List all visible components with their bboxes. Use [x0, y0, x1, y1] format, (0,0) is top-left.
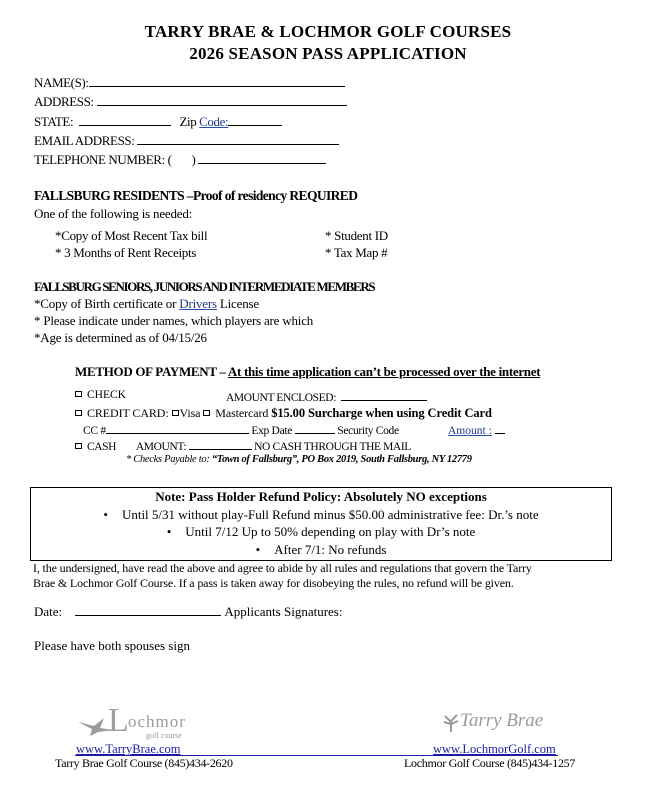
security-code-label: Security Code — [337, 425, 399, 437]
lochmor-logo: L ochmor golf course — [74, 706, 204, 742]
document-title-line1: TARRY BRAE & LOCHMOR GOLF COURSES — [0, 22, 656, 42]
credit-card-checkbox[interactable] — [75, 410, 82, 416]
amount-link: Amount : — [448, 425, 492, 437]
tarrybrae-contact: Tarry Brae Golf Course (845)434-2620 — [55, 756, 233, 771]
exp-date-label: Exp Date — [251, 425, 292, 437]
payment-heading: METHOD OF PAYMENT – At this time applica… — [75, 364, 540, 380]
tarrybrae-website-link[interactable]: www.TarryBrae.com — [76, 742, 181, 757]
lochmor-logo-initial: L — [108, 702, 129, 740]
lochmor-contact: Lochmor Golf Course (845)434-1257 — [404, 756, 575, 771]
address-label: ADDRESS: — [34, 94, 94, 109]
lochmor-logo-text: ochmor — [128, 712, 186, 732]
seniors-line-indicate: * Please indicate under names, which pla… — [34, 313, 313, 329]
seniors-heading: FALLSBURG SENIORS, JUNIORS AND INTERMEDI… — [34, 279, 374, 295]
payment-heading-label: METHOD OF PAYMENT – — [75, 364, 228, 379]
refund-policy-box: Note: Pass Holder Refund Policy: Absolut… — [30, 487, 612, 561]
residents-item-tax-bill: *Copy of Most Recent Tax bill — [55, 228, 207, 244]
email-field-row: EMAIL ADDRESS: — [34, 133, 339, 149]
document-title-line2: 2026 SEASON PASS APPLICATION — [0, 44, 656, 64]
phone-field-row: TELEPHONE NUMBER: ( ) — [34, 152, 326, 168]
amount-enclosed-input[interactable] — [341, 389, 427, 401]
checks-payable-prefix: * Checks Payable to: — [126, 454, 212, 465]
check-label: CHECK — [87, 389, 126, 401]
cc-details-row: CC # Exp Date Security Code — [83, 422, 399, 437]
spouses-note: Please have both spouses sign — [34, 638, 190, 654]
mastercard-label: Mastercard — [215, 406, 268, 420]
agreement-line1: I, the undersigned, have read the above … — [33, 561, 532, 576]
email-input[interactable] — [137, 133, 339, 145]
refund-item: After 7/1: No refunds — [31, 541, 611, 559]
visa-label: Visa — [180, 406, 201, 420]
tree-icon — [442, 712, 460, 732]
residents-item-rent-receipts: * 3 Months of Rent Receipts — [55, 245, 196, 261]
signatures-label: Applicants Signatures: — [224, 604, 342, 619]
names-input[interactable] — [89, 75, 345, 87]
credit-card-label: CREDIT CARD: — [87, 406, 172, 420]
residents-item-student-id: * Student ID — [325, 228, 388, 244]
seniors-line1-text: *Copy of Birth certificate or — [34, 296, 179, 311]
seniors-line1-suffix: License — [217, 296, 259, 311]
cash-row: CASH AMOUNT: NO CASH THROUGH THE MAIL — [75, 438, 411, 453]
cc-number-input[interactable] — [106, 422, 249, 434]
refund-policy-title: Note: Pass Holder Refund Policy: Absolut… — [31, 488, 611, 506]
phone-input[interactable] — [198, 152, 326, 164]
mastercard-checkbox[interactable] — [203, 410, 210, 416]
cash-label: CASH — [87, 441, 116, 453]
residents-item-tax-map: * Tax Map # — [325, 245, 387, 261]
amount-row: Amount : — [448, 422, 505, 437]
zip-input[interactable] — [228, 114, 282, 126]
state-input[interactable] — [79, 114, 171, 126]
tarrybrae-logo-text: Tarry Brae — [460, 710, 543, 732]
seniors-line-birth-certificate: *Copy of Birth certificate or Drivers Li… — [34, 296, 259, 312]
residents-intro: One of the following is needed: — [34, 206, 192, 222]
drivers-link: Drivers — [179, 296, 217, 311]
checks-payable-note: * Checks Payable to: “Town of Fallsburg”… — [126, 454, 472, 465]
date-label: Date: — [34, 604, 62, 619]
names-field-row: NAME(S): — [34, 75, 345, 91]
seniors-line-age: *Age is determined as of 04/15/26 — [34, 330, 207, 346]
cc-number-label: CC # — [83, 425, 106, 437]
phone-label: TELEPHONE NUMBER: ( ) — [34, 152, 195, 167]
surcharge-note: $15.00 Surcharge when using Credit Card — [271, 406, 492, 420]
check-checkbox[interactable] — [75, 391, 82, 397]
agreement-line2: Brae & Lochmor Golf Course. If a pass is… — [33, 576, 514, 591]
address-field-row: ADDRESS: — [34, 94, 347, 110]
refund-item: Until 7/12 Up to 50% depending on play w… — [31, 523, 611, 541]
zip-label: Zip — [179, 114, 196, 129]
payment-heading-note: At this time application can’t be proces… — [228, 364, 540, 379]
lochmor-website-link[interactable]: www.LochmorGolf.com — [433, 742, 556, 757]
names-label: NAME(S): — [34, 75, 89, 90]
address-input[interactable] — [97, 94, 347, 106]
credit-card-row: CREDIT CARD: Visa Mastercard $15.00 Surc… — [75, 406, 492, 421]
lochmor-logo-subtitle: golf course — [146, 731, 182, 740]
cash-amount-label: AMOUNT: — [136, 441, 186, 453]
state-label: STATE: — [34, 114, 73, 129]
tarrybrae-logo: Tarry Brae — [440, 710, 560, 738]
cash-checkbox[interactable] — [75, 443, 82, 449]
no-cash-note: NO CASH THROUGH THE MAIL — [254, 441, 411, 453]
state-zip-row: STATE: Zip Code: — [34, 114, 282, 130]
amount-enclosed-row: AMOUNT ENCLOSED: — [226, 389, 427, 404]
check-row: CHECK — [75, 389, 126, 401]
zip-code-link: Code: — [199, 114, 228, 129]
email-label: EMAIL ADDRESS: — [34, 133, 134, 148]
visa-checkbox[interactable] — [172, 410, 179, 416]
checks-payable-address: “Town of Fallsburg”, PO Box 2019, South … — [212, 454, 472, 465]
exp-date-input[interactable] — [295, 422, 335, 434]
signature-row: Date: Applicants Signatures: — [34, 604, 342, 620]
date-input[interactable] — [75, 604, 221, 616]
refund-item: Until 5/31 without play-Full Refund minu… — [31, 506, 611, 524]
cash-amount-input[interactable] — [189, 438, 252, 450]
amount-enclosed-label: AMOUNT ENCLOSED: — [226, 392, 336, 404]
amount-input[interactable] — [495, 422, 505, 434]
residents-heading: FALLSBURG RESIDENTS –Proof of residency … — [34, 188, 357, 204]
